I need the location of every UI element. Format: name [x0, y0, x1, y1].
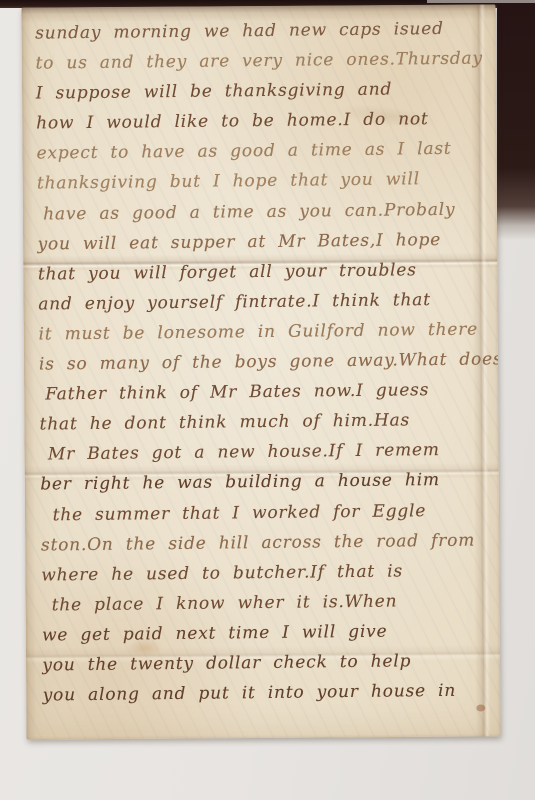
handwriting-text: sunday morning we had new caps isued to …	[35, 13, 496, 710]
handwriting-line: you will eat supper at Mr Bates,I hope	[37, 224, 490, 259]
handwriting-line: expect to have as good a time as I last	[36, 134, 489, 169]
page-edge-left-shadow	[21, 8, 36, 740]
handwriting-line: ber right he was building a house him	[40, 465, 493, 500]
book-cover-corner	[497, 0, 535, 240]
handwriting-line: the summer that I worked for Eggle	[52, 495, 493, 530]
handwriting-line: ston.On the side hill across the road fr…	[41, 525, 494, 560]
scanned-letter-image: sunday morning we had new caps isued to …	[0, 0, 535, 800]
handwriting-line: have as good a time as you can.Probaly	[43, 194, 490, 229]
handwriting-line: you along and put it into your house in	[43, 675, 496, 710]
handwriting-line: to us and they are very nice ones.Thursd…	[35, 44, 488, 79]
letter-page: sunday morning we had new caps isued to …	[21, 4, 500, 739]
handwriting-line: Father think of Mr Bates now.I guess	[45, 375, 492, 410]
scanner-edge-sliver	[427, 0, 535, 3]
